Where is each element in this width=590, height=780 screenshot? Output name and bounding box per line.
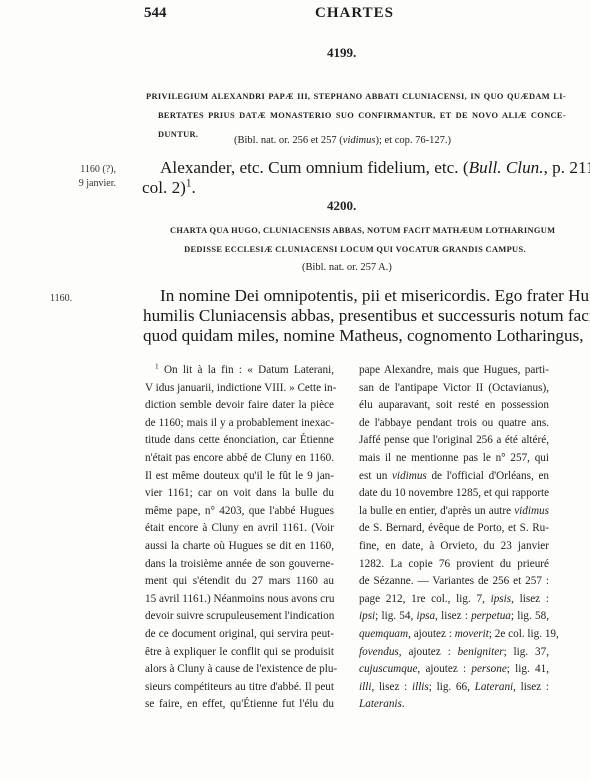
charter-source-4199: (Bibl. nat. or. 256 et 257 (vidimus); et… [234,135,451,146]
charter-rubric-4200: CHARTA QUA HUGO, CLUNIACENSIS ABBAS, NOT… [170,221,540,259]
footnote-line: aussi la charte où Hugues se dit en 1160… [145,538,334,556]
text-line: Alexander, etc. Cum omnium fidelium, etc… [142,158,572,178]
footnote-line: sieurs compétiteurs au titre d'abbé. Il … [145,679,334,697]
margin-date-4200: 1160. [50,292,90,306]
footnote-line: fovendus, ajoutez : benigniter; lig. 37, [359,644,549,662]
text-line: In nomine Dei omnipotentis, pii et miser… [143,286,572,306]
footnote-line: de 1160; mais il y a probablement inexac… [145,415,334,433]
charter-number-4200: 4200. [327,198,356,214]
footnote-line: de ce document original, qui servira peu… [145,626,334,644]
charter-text-4200: In nomine Dei omnipotentis, pii et miser… [143,286,572,346]
rubric-line: BERTATES PRIUS DATÆ MONASTERIO SUO CONFI… [146,106,566,125]
footnote-line: illi, lisez : illis; lig. 66, Laterani, … [359,679,549,697]
rubric-line: PRIVILEGIUM ALEXANDRI PAPÆ III, STEPHANO… [146,87,566,106]
footnote-line: de l'abbaye pendant trois ou quatre ans. [359,415,549,433]
footnote-left-column: 1 On lit à la fin : « Datum Laterani, V … [145,362,334,714]
document-page: 544 CHARTES 4199. PRIVILEGIUM ALEXANDRI … [0,0,590,780]
footnote-line: Jaffé pense que l'original 256 a été alt… [359,432,549,450]
footnote-line: être à expliquer le conflit qui se produ… [145,644,334,662]
footnote-line: V idus januarii, indictione VIII. » Cett… [145,380,334,398]
footnote-line: quemquam, ajoutez : moverit; 2e col. lig… [359,626,549,644]
charter-number-4199: 4199. [327,45,356,61]
footnote-line: dans la troisième année de son gouverne- [145,556,334,574]
footnote-line: pape Alexandre, mais que Hugues, parti- [359,362,549,380]
rubric-line: DEDISSE ECCLESIÆ CLUNIACENSI LOCUM QUI V… [170,240,540,259]
text-line: humilis Cluniacensis abbas, presentibus … [143,306,572,326]
footnote-line: est un vidimus de l'official d'Orléans, … [359,468,549,486]
footnote-line: page 212, 1re col., lig. 7, ipsis, lisez… [359,591,549,609]
footnote-line: Lateranis. [359,696,549,714]
footnote-line: Il est même douteux qu'il le fût le 9 ja… [145,468,334,486]
footnote-line: 15 avril 1161.) Néanmoins nous avons cru [145,591,334,609]
footnote-line: titude dans cette énonciation, car Étien… [145,432,334,450]
footnote-line: diction semble devoir faire dater la piè… [145,397,334,415]
charter-text-4199: Alexander, etc. Cum omnium fidelium, etc… [142,158,572,198]
footnote-line: de Sézanne. — Variantes de 256 et 257 : [359,573,549,591]
page-number: 544 [144,5,167,22]
rubric-line: CHARTA QUA HUGO, CLUNIACENSIS ABBAS, NOT… [170,221,540,240]
footnote-line: alors à Cluny à cause de l'existence de … [145,661,334,679]
footnote-line: 1 On lit à la fin : « Datum Laterani, [145,362,334,380]
footnote-line: vier 1161; car on voit dans la bulle du [145,485,334,503]
text-line: quod quidam miles, nomine Matheus, cogno… [143,326,572,346]
footnote-line: 1282. La copie 76 provient du prieuré [359,556,549,574]
footnote-line: ipsi; lig. 54, ipsa, lisez : perpetua; l… [359,608,549,626]
margin-date-4199: 1160 (?), 9 janvier. [56,163,116,191]
footnote-line: la bulle en entier, d'après un autre vid… [359,503,549,521]
footnote-line: san de l'antipape Victor II (Octavianus)… [359,380,549,398]
footnote-line: devoir suivre scrupuleusement l'indicati… [145,608,334,626]
footnote-right-column: pape Alexandre, mais que Hugues, parti-s… [359,362,549,714]
running-title: CHARTES [315,5,394,22]
footnote-line: était encore à Cluny en avril 1161. (Voi… [145,520,334,538]
footnote-line: n'était pas encore abbé de Cluny en 1160… [145,450,334,468]
footnote-line: mais il ne mentionne pas le n° 257, qui [359,450,549,468]
text-line: col. 2)1. [142,178,572,198]
footnote-line: fine, en date, à Orvieto, du 23 janvier [359,538,549,556]
footnote-line: ment qui s'étendit du 27 mars 1160 au [145,573,334,591]
footnote-line: même pape, n° 4203, que l'abbé Hugues [145,503,334,521]
footnote-line: date du 10 novembre 1285, et qui rapport… [359,485,549,503]
charter-source-4200: (Bibl. nat. or. 257 A.) [302,262,392,273]
footnote-line: élu auparavant, soit resté en possession [359,397,549,415]
footnote-line: se faire, en effet, qu'Étienne fut l'élu… [145,696,334,714]
footnote-line: cujuscumque, ajoutez : persone; lig. 41, [359,661,549,679]
footnote-line: de S. Bernard, évêque de Porto, et S. Ru… [359,520,549,538]
